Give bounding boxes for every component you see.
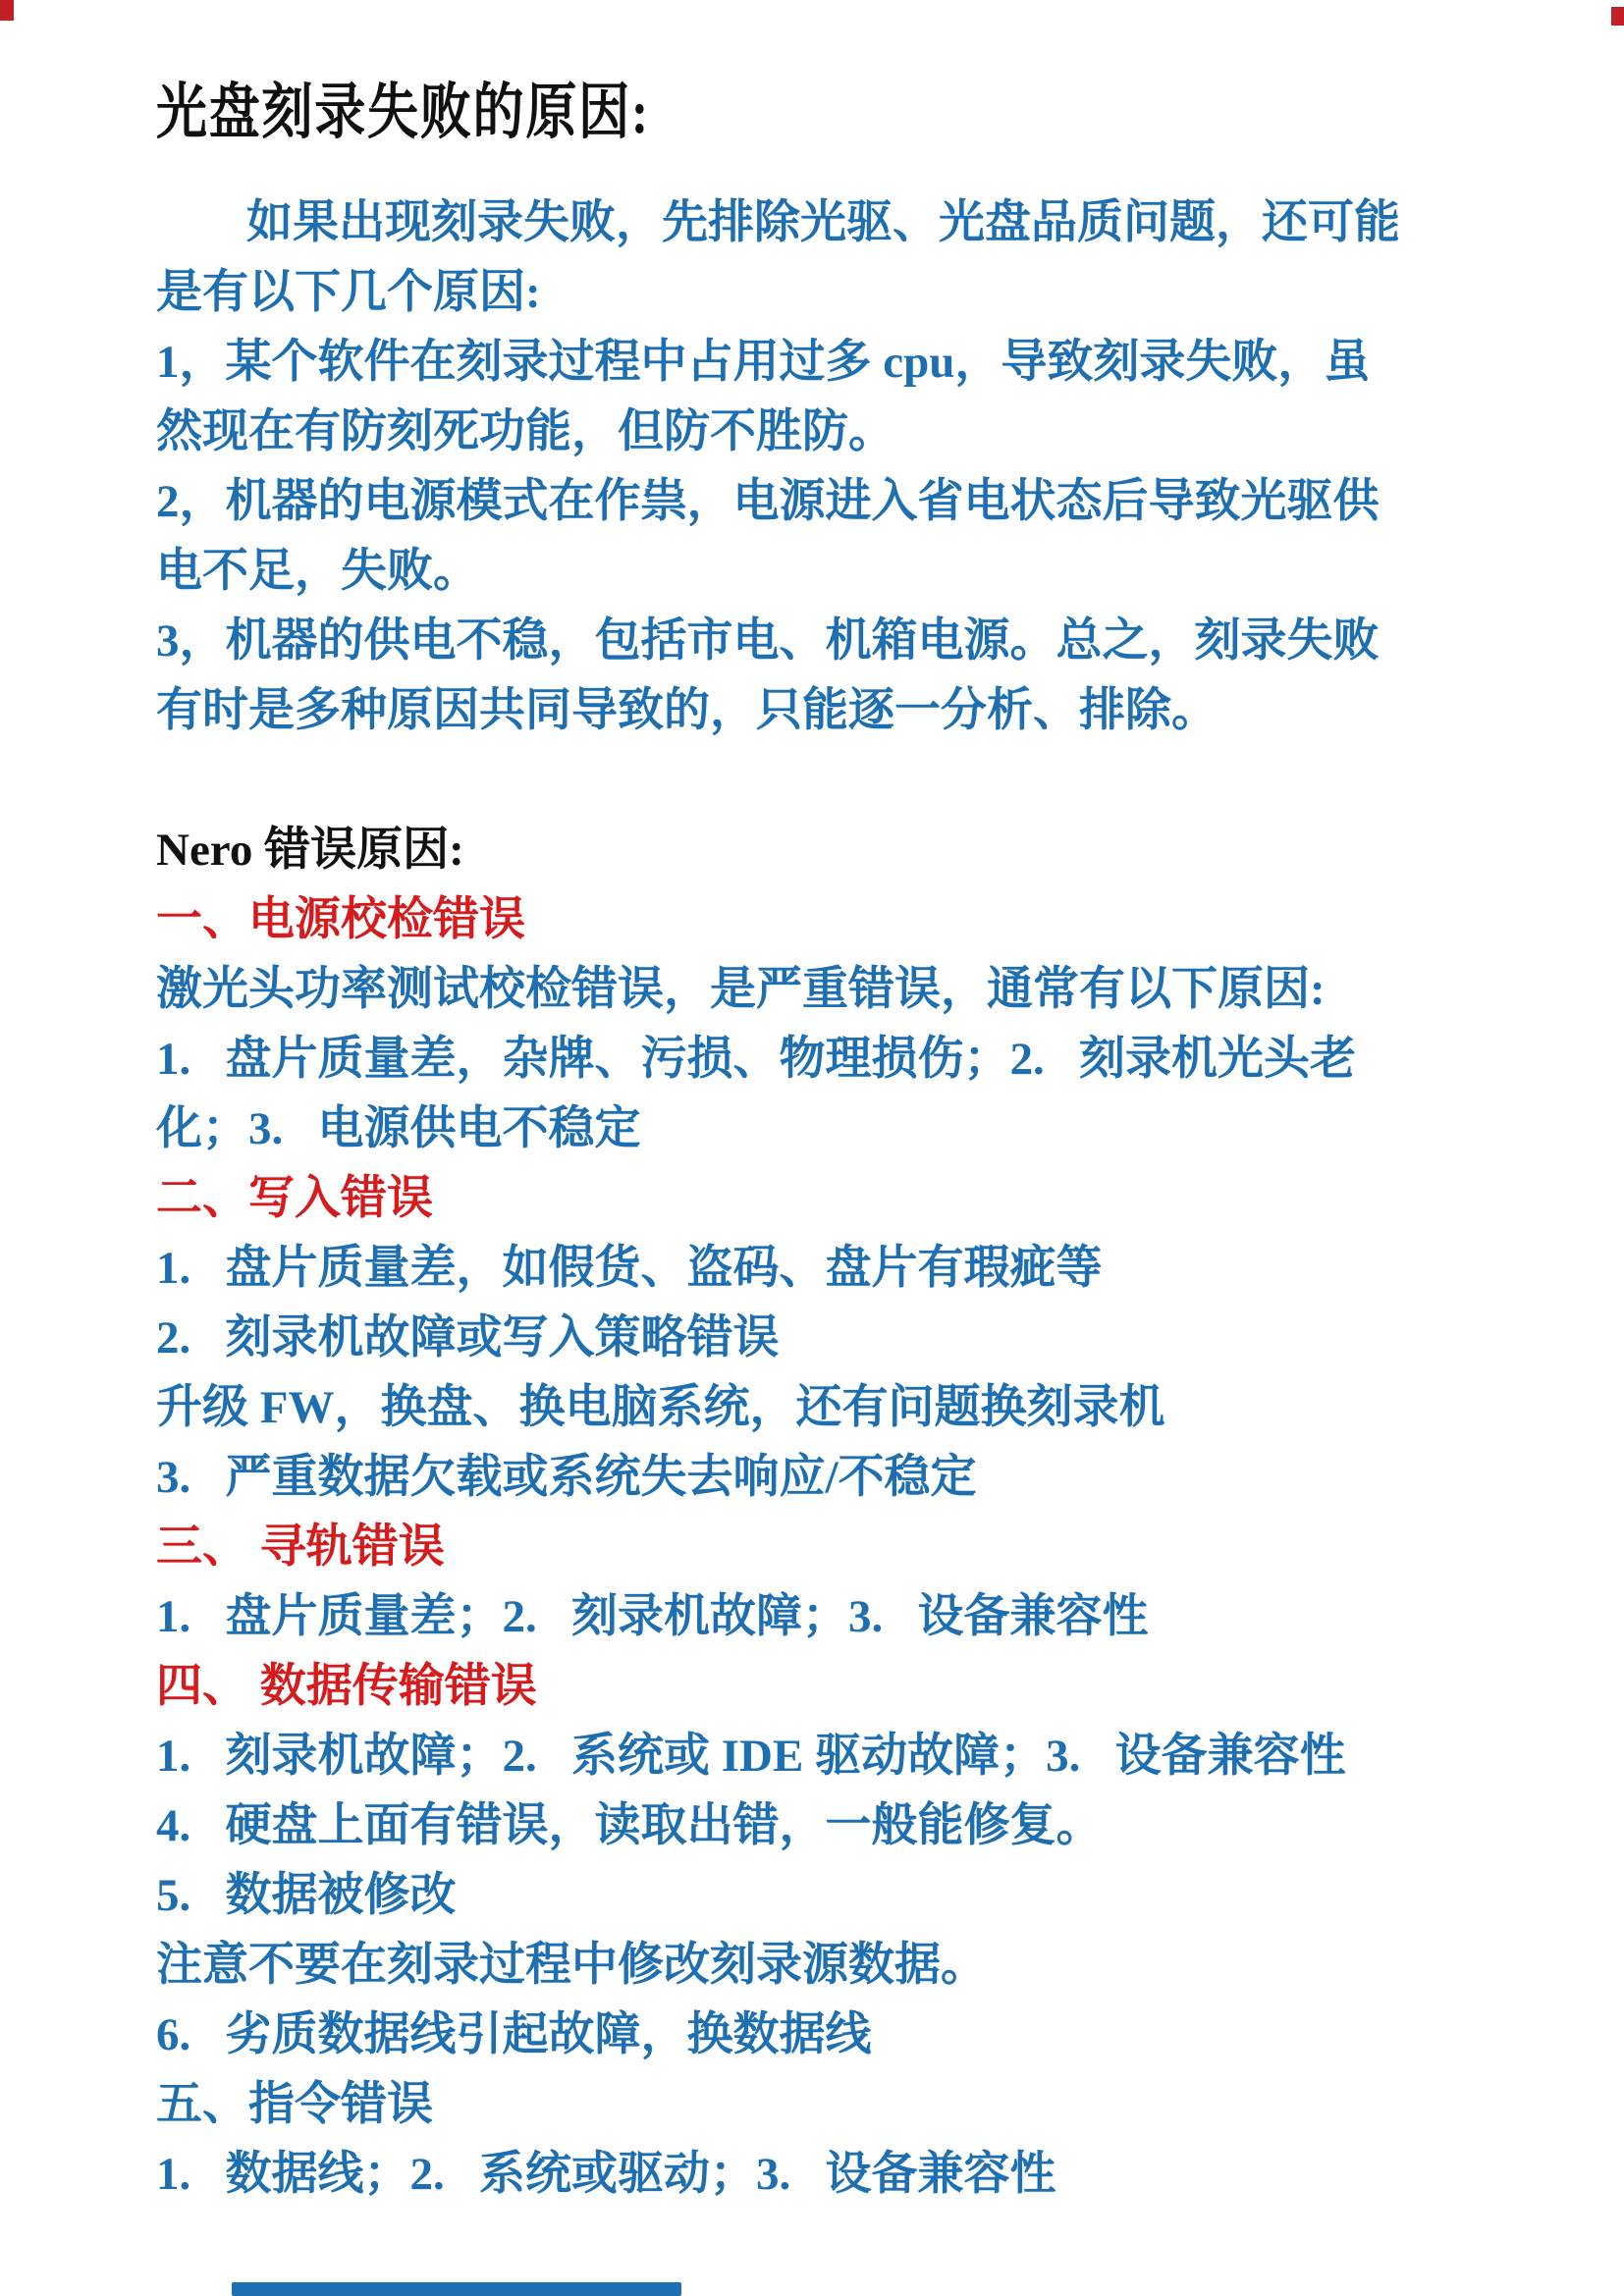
section-heading-data-transfer-error: 四、 数据传输错误 bbox=[156, 1652, 1521, 1722]
page-title: 光盘刻录失败的原因: bbox=[156, 82, 650, 143]
text-line: 5. 数据被修改 bbox=[156, 1861, 1521, 1931]
red-corner-mark-right bbox=[1611, 7, 1624, 26]
text-line: 化；3. 电源供电不稳定 bbox=[156, 1095, 1521, 1164]
red-corner-mark-left bbox=[0, 0, 14, 21]
clipped-next-line-artifact bbox=[232, 2282, 681, 2296]
section-heading-command-error: 五、指令错误 bbox=[156, 2070, 1521, 2140]
text-line: 1. 盘片质量差，如假货、盗码、盘片有瑕疵等 bbox=[156, 1234, 1521, 1304]
document-body: 如果出现刻录失败，先排除光驱、光盘品质问题，还可能 是有以下几个原因: 1，某个… bbox=[156, 188, 1521, 2210]
text-line: 2. 刻录机故障或写入策略错误 bbox=[156, 1304, 1521, 1373]
document-page: 光盘刻录失败的原因: 如果出现刻录失败，先排除光驱、光盘品质问题，还可能 是有以… bbox=[0, 0, 1624, 2296]
intro-line: 3，机器的供电不稳，包括市电、机箱电源。总之，刻录失败 bbox=[156, 607, 1521, 676]
intro-line: 1，某个软件在刻录过程中占用过多 cpu，导致刻录失败，虽 bbox=[156, 328, 1521, 398]
text-line: 升级 FW，换盘、换电脑系统，还有问题换刻录机 bbox=[156, 1373, 1521, 1443]
text-line: 注意不要在刻录过程中修改刻录源数据。 bbox=[156, 1931, 1521, 2001]
section-heading-power-check-error: 一、电源校检错误 bbox=[156, 885, 1521, 955]
nero-section-title: Nero 错误原因: bbox=[156, 816, 1521, 885]
text-line: 1. 盘片质量差，杂牌、污损、物理损伤；2. 刻录机光头老 bbox=[156, 1025, 1521, 1095]
intro-line: 有时是多种原因共同导致的，只能逐一分析、排除。 bbox=[156, 676, 1521, 746]
text-line: 激光头功率测试校检错误，是严重错误，通常有以下原因: bbox=[156, 955, 1521, 1025]
intro-line: 如果出现刻录失败，先排除光驱、光盘品质问题，还可能 bbox=[156, 188, 1521, 258]
text-line: 1. 刻录机故障；2. 系统或 IDE 驱动故障；3. 设备兼容性 bbox=[156, 1722, 1521, 1791]
text-line: 1. 数据线；2. 系统或驱动；3. 设备兼容性 bbox=[156, 2140, 1521, 2210]
text-line: 3. 严重数据欠载或系统失去响应/不稳定 bbox=[156, 1443, 1521, 1513]
intro-line: 电不足，失败。 bbox=[156, 537, 1521, 607]
intro-line: 2，机器的电源模式在作祟，电源进入省电状态后导致光驱供 bbox=[156, 467, 1521, 537]
blank-line bbox=[156, 746, 1521, 816]
section-heading-seek-error: 三、 寻轨错误 bbox=[156, 1513, 1521, 1582]
text-line: 1. 盘片质量差；2. 刻录机故障；3. 设备兼容性 bbox=[156, 1582, 1521, 1652]
text-line: 4. 硬盘上面有错误，读取出错，一般能修复。 bbox=[156, 1791, 1521, 1861]
intro-line: 是有以下几个原因: bbox=[156, 258, 1521, 328]
section-heading-write-error: 二、写入错误 bbox=[156, 1164, 1521, 1234]
text-line: 6. 劣质数据线引起故障，换数据线 bbox=[156, 2001, 1521, 2070]
intro-line: 然现在有防刻死功能，但防不胜防。 bbox=[156, 398, 1521, 467]
